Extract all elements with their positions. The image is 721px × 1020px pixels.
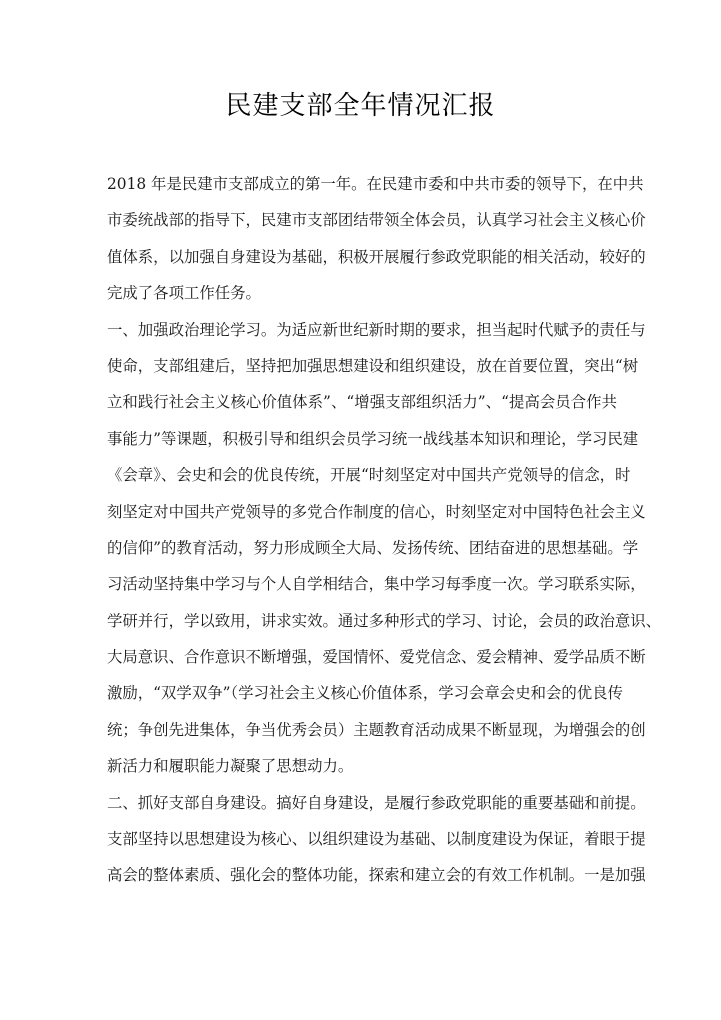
text-line: 大局意识、合作意识不断增强，爱国情怀、爱党信念、爱会精神、爱学品质不断 (107, 639, 617, 675)
document-page: 民建支部全年情况汇报 2018 年是民建市支部成立的第一年。在民建市委和中共市委… (0, 0, 721, 1020)
text-line: 学研并行，学以致用，讲求实效。通过多种形式的学习、讨论，会员的政治意识、 (107, 603, 617, 639)
text-line: 立和践行社会主义核心价值体系”、“增强支部组织活力”、“提高会员合作共 (107, 384, 617, 420)
text-line: 刻坚定对中国共产党领导的多党合作制度的信心，时刻坚定对中国特色社会主义 (107, 494, 617, 530)
document-body: 2018 年是民建市支部成立的第一年。在民建市委和中共市委的领导下，在中共 市委… (107, 166, 617, 894)
section-heading-line: 二、抓好支部自身建设。搞好自身建设，是履行参政党职能的重要基础和前提。 (107, 785, 617, 821)
text-line: 值体系，以加强自身建设为基础，积极开展履行参政党职能的相关活动，较好的 (107, 239, 617, 275)
text-line: 统；争创先进集体，争当优秀会员）主题教育活动成果不断显现，为增强会的创 (107, 712, 617, 748)
text-line: 习活动坚持集中学习与个人自学相结合，集中学习每季度一次。学习联系实际， (107, 566, 617, 602)
text-line: 市委统战部的指导下，民建市支部团结带领全体会员，认真学习社会主义核心价 (107, 202, 617, 238)
text-line: 事能力”等课题，积极引导和组织会员学习统一战线基本知识和理论，学习民建 (107, 421, 617, 457)
text-line: 2018 年是民建市支部成立的第一年。在民建市委和中共市委的领导下，在中共 (107, 166, 617, 202)
text-line: 支部坚持以思想建设为核心、以组织建设为基础、以制度建设为保证，着眼于提 (107, 821, 617, 857)
text-line: 高会的整体素质、强化会的整体功能，探索和建立会的有效工作机制。一是加强 (107, 857, 617, 893)
text-line: 激励，“双学双争”（学习社会主义核心价值体系，学习会章会史和会的优良传 (107, 675, 617, 711)
text-line: 使命，支部组建后，坚持把加强思想建设和组织建设，放在首要位置，突出“树 (107, 348, 617, 384)
text-line: 完成了各项工作任务。 (107, 275, 617, 311)
text-line: 的信仰”的教育活动，努力形成顾全大局、发扬传统、团结奋进的思想基础。学 (107, 530, 617, 566)
text-line: 新活力和履职能力凝聚了思想动力。 (107, 748, 617, 784)
text-line: 《会章》、会史和会的优良传统，开展“时刻坚定对中国共产党领导的信念，时 (107, 457, 617, 493)
document-title: 民建支部全年情况汇报 (0, 86, 721, 126)
section-heading-line: 一、加强政治理论学习。为适应新世纪新时期的要求，担当起时代赋予的责任与 (107, 312, 617, 348)
